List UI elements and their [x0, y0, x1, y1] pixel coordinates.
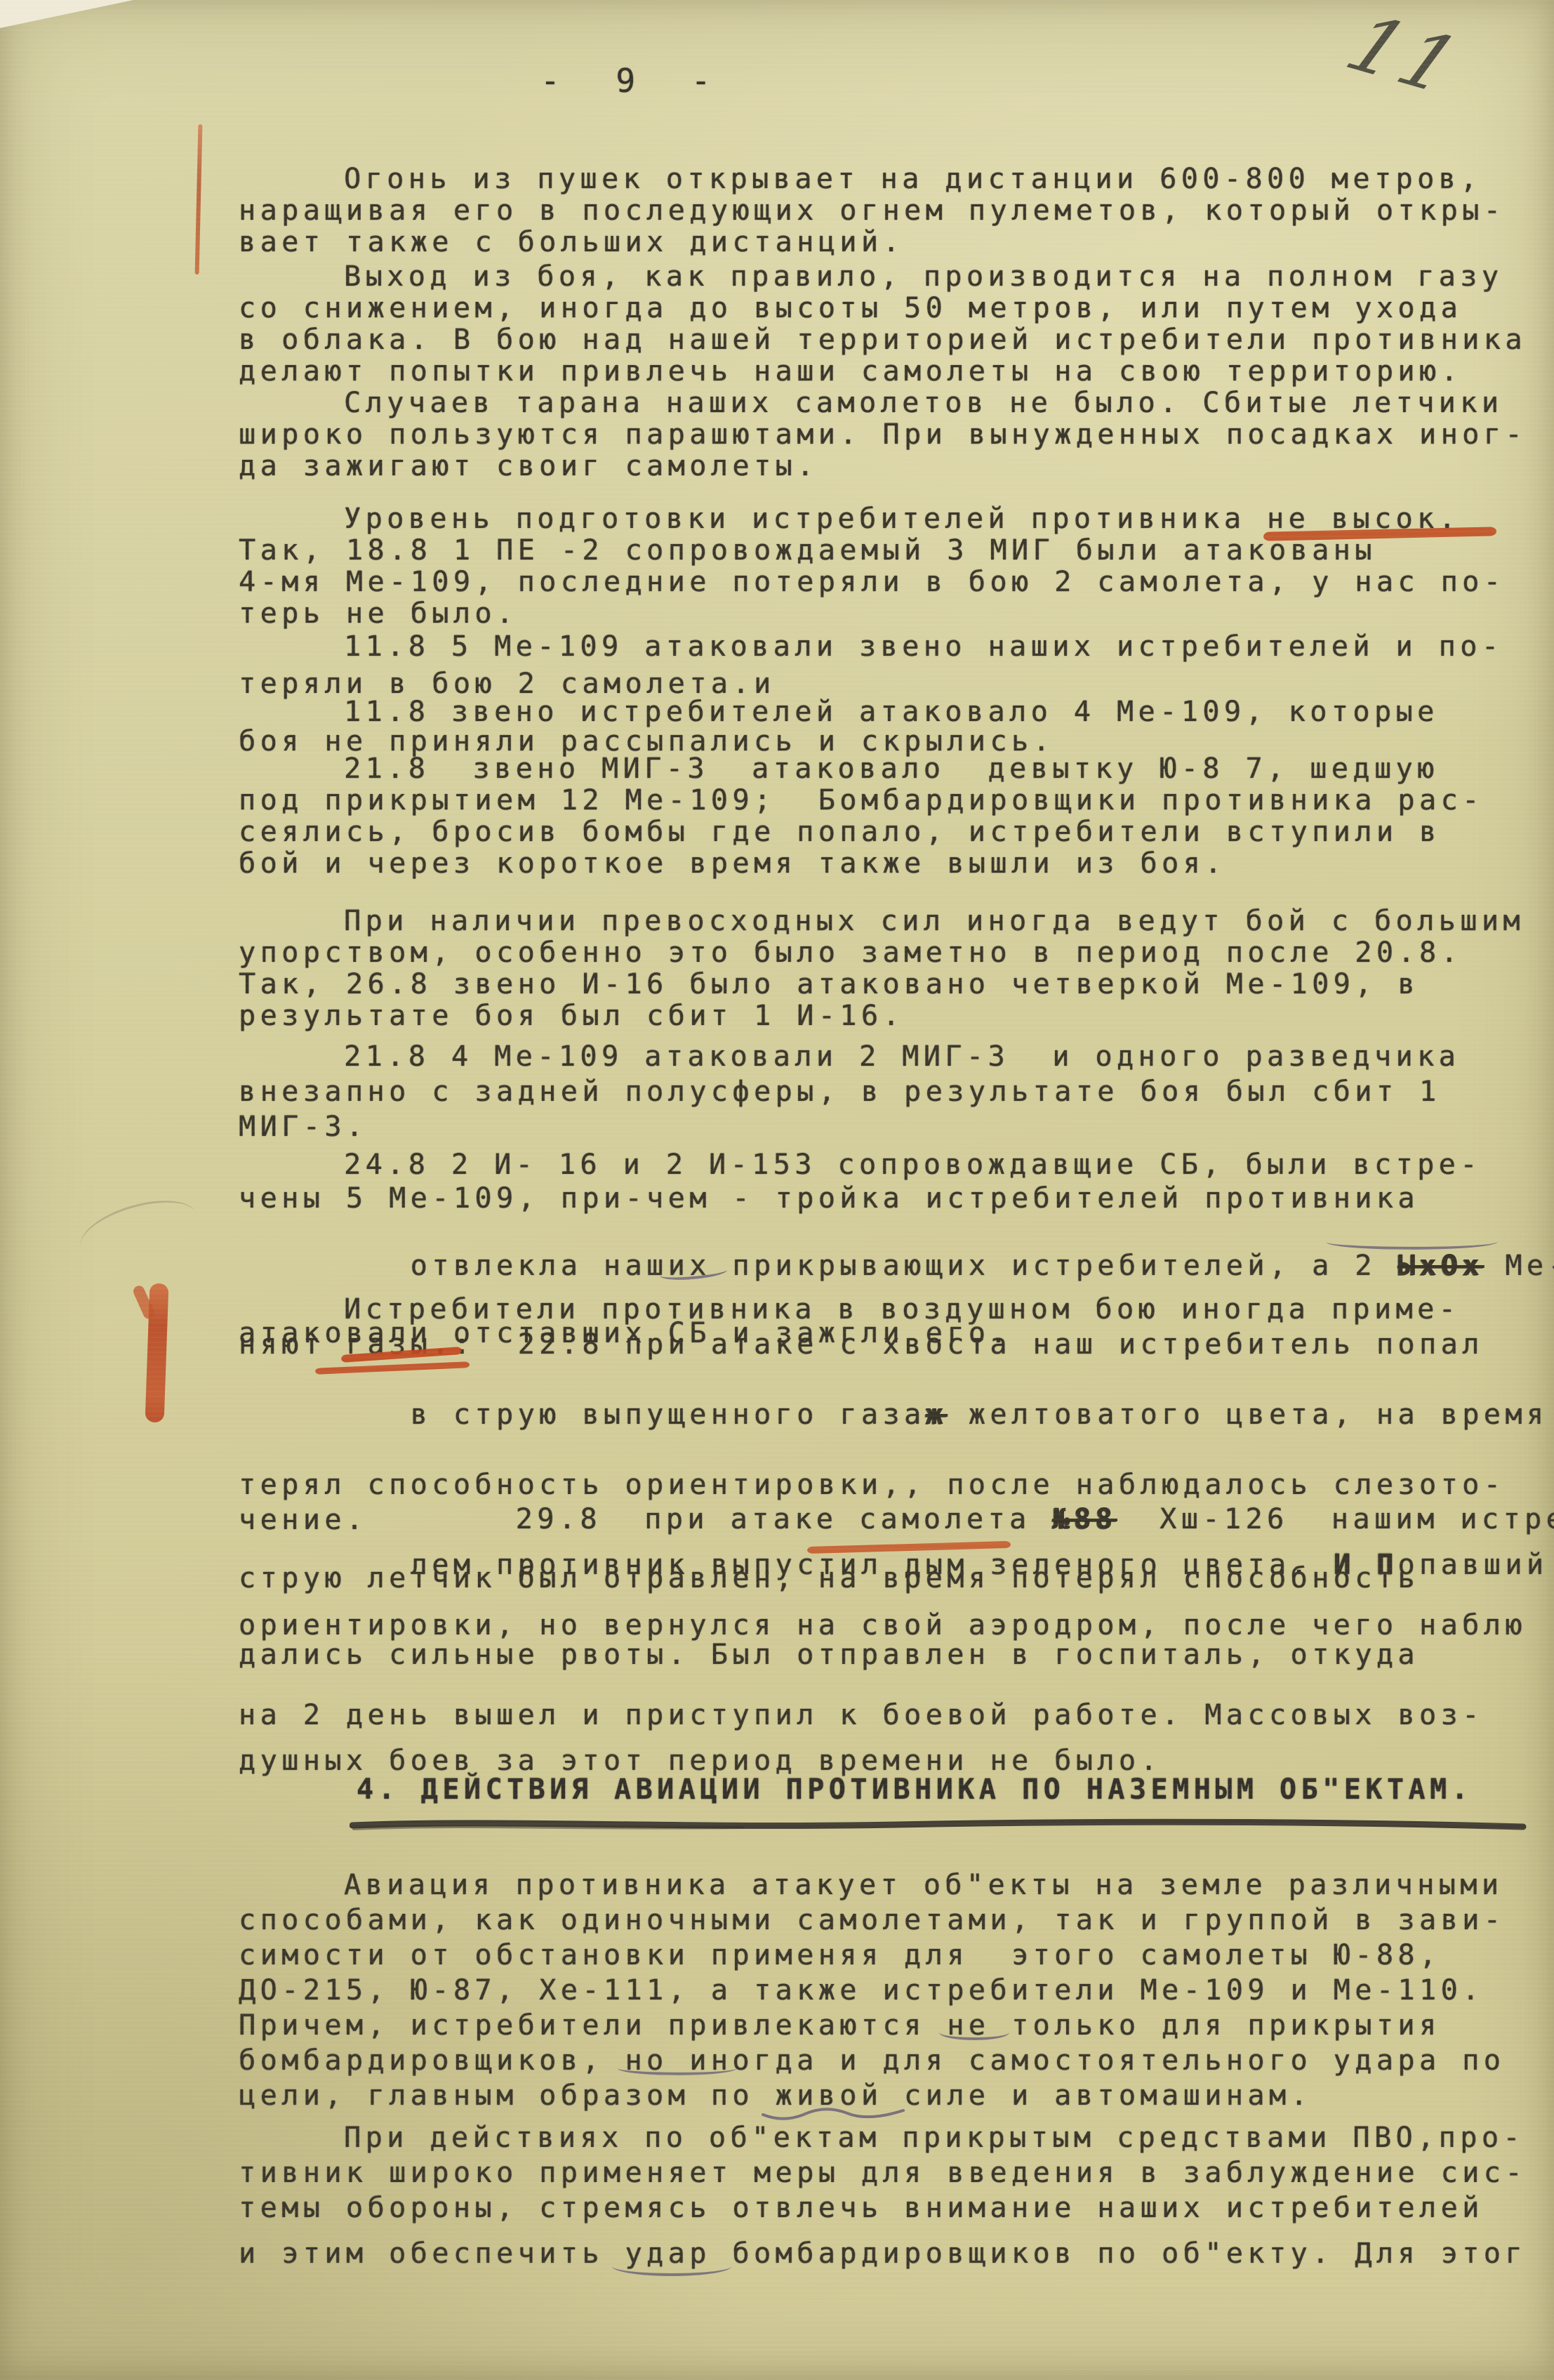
text-line: боя не приняли рассыпались и скрылись.	[239, 727, 1554, 756]
text-segment: Ме-109	[1484, 1250, 1554, 1282]
paragraph-exit-from-battle: Выход из боя, как правило, производится …	[239, 261, 1554, 388]
paragraph-21-8-mig3: 21.8 звено МИГ-3 атаковало девытку Ю-8 7…	[239, 753, 1554, 880]
text-segment: в струю выпущенного газа	[411, 1399, 926, 1431]
paragraph-11-8-flight: 11.8 звено истребителей атаковало 4 Ме-1…	[239, 697, 1554, 756]
text-segment: желтоватого цвета, на время по-	[947, 1399, 1554, 1431]
pen-underline-udar	[612, 2256, 731, 2276]
paragraph-cannon-fire: Огонь из пушек открывает на дистанции 60…	[239, 164, 1554, 258]
pen-underline-ne	[939, 2025, 1009, 2040]
text-line: 11.8 5 Ме-109 атаковали звено наших истр…	[239, 628, 1554, 666]
text-line: ориентировки, но вернулся на свой аэродр…	[239, 1609, 1527, 1641]
pen-underline-zhivoy-wavy	[759, 2103, 910, 2124]
text-line: 21.8 4 Ме-109 атаковали 2 МИГ-3 и одного…	[239, 1039, 1554, 1074]
paragraph-21-8-scout: 21.8 4 Ме-109 атаковали 2 МИГ-3 и одного…	[239, 1039, 1554, 1144]
text-line: Так, 18.8 1 ПЕ -2 сопровождаемый 3 МИГ б…	[239, 535, 1554, 567]
section-heading: 4. ДЕЙСТВИЯ АВИАЦИИ ПРОТИВНИКА ПО НАЗЕМН…	[357, 1773, 1473, 1806]
text-segment: отвлекла наших прикрывающих истребителей…	[411, 1250, 1398, 1282]
text-line: вает также с больших дистанций.	[239, 227, 1554, 258]
text-line: Случаев тарана наших самолетов не было. …	[239, 388, 1554, 419]
text-line: сеялись, бросив бомбы где попало, истреб…	[239, 817, 1554, 848]
text-line: тивник широко применяет меры для введени…	[239, 2155, 1554, 2190]
text-line: Авиация противника атакует об"екты на зе…	[239, 1867, 1554, 1903]
text-line: душных боев за этот период времени не бы…	[239, 1745, 1162, 1777]
text-line: При действиях по об"ектам прикрытым сред…	[239, 2120, 1554, 2155]
text-line: бой и через короткое время также вышли и…	[239, 848, 1554, 880]
text-line: При наличии превосходных сил иногда веду…	[239, 906, 1554, 937]
text-line: под прикрытием 12 Ме-109; Бомбардировщик…	[239, 785, 1554, 817]
paragraph-11-8-attack: 11.8 5 Ме-109 атаковали звено наших истр…	[239, 628, 1554, 703]
text-line: да зажигают своиг самолеты.	[239, 451, 1554, 482]
text-line: симости от обстановки применяя для этого…	[239, 1938, 1554, 1973]
text-line: 24.8 2 И- 16 и 2 И-153 сопровождавщие СБ…	[239, 1148, 1554, 1182]
text-line: дались сильные рвоты. Был отправлен в го…	[239, 1639, 1419, 1671]
overstruck-text: ЫхОх	[1397, 1250, 1483, 1282]
paragraph-ground-attack-methods: Авиация противника атакует об"екты на зе…	[239, 1867, 1554, 2113]
paragraph-air-defense-deception: При действиях по об"ектам прикрытым сред…	[239, 2120, 1554, 2226]
text-line: струю летчик был отравлен, на время поте…	[239, 1562, 1419, 1594]
paragraph-ramming-cases: Случаев тарана наших самолетов не было. …	[239, 388, 1554, 482]
text-line: 21.8 звено МИГ-3 атаковало девытку Ю-8 7…	[239, 753, 1554, 785]
text-line: темы обороны, стремясь отвлечь внимание …	[239, 2190, 1554, 2226]
text-line: бомбардировщиков, но иногда и для самост…	[239, 2043, 1554, 2078]
text-line: со снижением, иногда до высоты 50 метров…	[239, 293, 1554, 324]
text-line: в облака. В бою над нашей территорией ис…	[239, 324, 1554, 356]
text-line: Так, 26.8 звено И-16 было атаковано четв…	[239, 969, 1554, 1000]
paragraph-pilot-training-level: Уровень подготовки истребителей противни…	[239, 503, 1554, 630]
scanned-document-page: - 9 - 11 Огонь из пушек открывает на дис…	[0, 0, 1554, 2380]
text-line: широко пользуются парашютами. При вынужд…	[239, 419, 1554, 451]
text-line: наращивая его в последующих огнем пулеме…	[239, 195, 1554, 227]
text-line: 11.8 звено истребителей атаковало 4 Ме-1…	[239, 697, 1554, 727]
text-line: чены 5 Ме-109, при-чем - тройка истребит…	[239, 1182, 1554, 1215]
overstruck-text: ж	[926, 1399, 948, 1431]
paragraph-superior-forces: При наличии превосходных сил иногда веду…	[239, 906, 1554, 1032]
text-line: МИГ-3.	[239, 1109, 1554, 1144]
text-line: на 2 день вышел и приступил к боевой раб…	[239, 1699, 1484, 1731]
heading-underline	[350, 1816, 1529, 1837]
text-line: Истребители противника в воздушном бою и…	[239, 1292, 1554, 1327]
text-line: внезапно с задней полусферы, в результат…	[239, 1074, 1554, 1109]
text-line: и этим обеспечить удар бомбардировщиков …	[239, 2236, 1554, 2271]
text-line: терь не было.	[239, 598, 1554, 630]
document-body: Огонь из пушек открывает на дистанции 60…	[0, 0, 1554, 2380]
text-line: делают попытки привлечь наши самолеты на…	[239, 356, 1554, 388]
paragraph-final-line: и этим обеспечить удар бомбардировщиков …	[239, 2236, 1554, 2271]
text-line: упорством, особенно это было заметно в п…	[239, 937, 1554, 969]
text-line: результате боя был сбит 1 И-16.	[239, 1000, 1554, 1032]
text-line: Причем, истребители привлекаются не толь…	[239, 2008, 1554, 2043]
text-line: в струю выпущенного газаж желтоватого цв…	[239, 1362, 1554, 1467]
text-segment: опавший в эту	[1397, 1549, 1554, 1581]
text-line: няют газы.: 22.8 при атаке с хвоста наш …	[239, 1327, 1554, 1362]
text-line: Выход из боя, как правило, производится …	[239, 261, 1554, 293]
text-line: 4-мя Ме-109, последние потеряли в бою 2 …	[239, 567, 1554, 598]
text-line: Огонь из пушек открывает на дистанции 60…	[239, 164, 1554, 195]
text-line: ДО-215, Ю-87, Хе-111, а также истребител…	[239, 1973, 1554, 2008]
text-line: способами, как одиночными самолетами, та…	[239, 1903, 1554, 1938]
